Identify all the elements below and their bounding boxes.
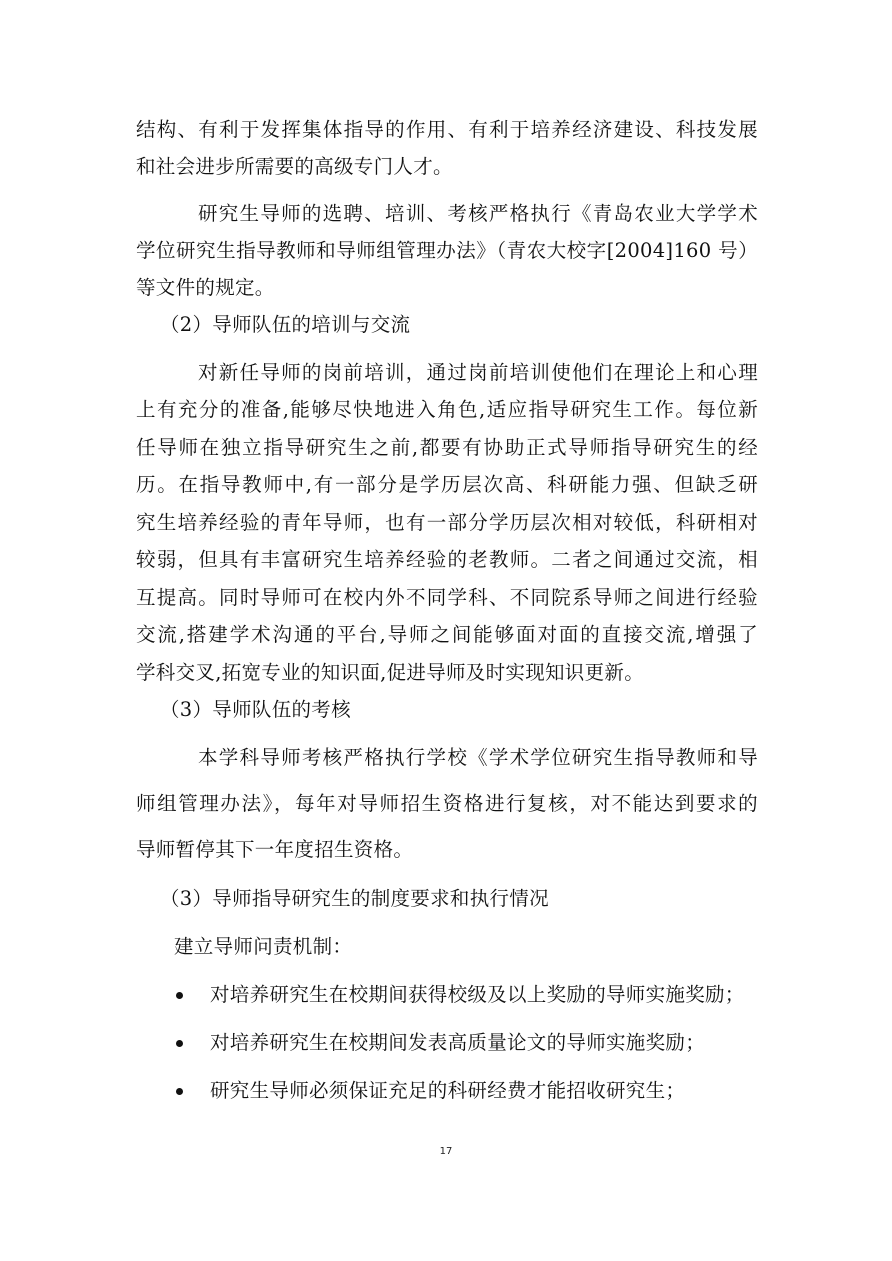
- text-line: 对新任导师的岗前培训，通过岗前培训使他们在理论上和心理: [198, 361, 758, 385]
- text-line: 互提高。同时导师可在校内外不同学科、不同院系导师之间进行经验: [136, 586, 758, 610]
- bullet-icon: [176, 1040, 183, 1047]
- text-line: 本学科导师考核严格执行学校《学术学位研究生指导教师和导: [198, 746, 758, 770]
- text-line: 师组管理办法》，每年对导师招生资格进行复核，对不能达到要求的: [136, 792, 758, 816]
- text-line: 上有充分的准备,能够尽快地进入角色,适应指导研究生工作。每位新: [136, 398, 758, 422]
- text-line: 究生培养经验的青年导师，也有一部分学历层次相对较低，科研相对: [136, 511, 758, 535]
- list-item-text: 研究生导师必须保证充足的科研经费才能招收研究生；: [210, 1079, 685, 1103]
- text-line: 研究生导师的选聘、培训、考核严格执行《青岛农业大学学术: [198, 202, 758, 226]
- section-heading: （3）导师指导研究生的制度要求和执行情况: [160, 887, 760, 911]
- section-heading: （2）导师队伍的培训与交流: [160, 313, 760, 337]
- bullet-icon: [176, 992, 183, 999]
- text-line: 建立导师问责机制：: [174, 935, 796, 959]
- page-number: 17: [0, 1146, 892, 1157]
- document-page: 结构、有利于发挥集体指导的作用、有利于培养经济建设、科技发展 和社会进步所需要的…: [0, 0, 892, 1261]
- list-item-text: 对培养研究生在校期间发表高质量论文的导师实施奖励；: [210, 1031, 705, 1055]
- text-line: 结构、有利于发挥集体指导的作用、有利于培养经济建设、科技发展: [136, 118, 758, 142]
- section-heading: （3）导师队伍的考核: [160, 698, 760, 722]
- text-line: 历。在指导教师中,有一部分是学历层次高、科研能力强、但缺乏研: [136, 473, 758, 497]
- bullet-icon: [176, 1088, 183, 1095]
- text-line: 交流,搭建学术沟通的平台,导师之间能够面对面的直接交流,增强了: [136, 623, 758, 647]
- text-line: 学位研究生指导教师和导师组管理办法》（青农大校字[2004]160 号）: [136, 239, 758, 263]
- text-line: 等文件的规定。: [136, 276, 758, 300]
- text-line: 学科交叉,拓宽专业的知识面,促进导师及时实现知识更新。: [136, 661, 758, 685]
- text-line: 较弱，但具有丰富研究生培养经验的老教师。二者之间通过交流，相: [136, 548, 758, 572]
- text-line: 任导师在独立指导研究生之前,都要有协助正式导师指导研究生的经: [136, 436, 758, 460]
- list-item-text: 对培养研究生在校期间获得校级及以上奖励的导师实施奖励；: [210, 983, 745, 1007]
- text-line: 导师暂停其下一年度招生资格。: [136, 838, 758, 862]
- text-line: 和社会进步所需要的高级专门人才。: [136, 155, 758, 179]
